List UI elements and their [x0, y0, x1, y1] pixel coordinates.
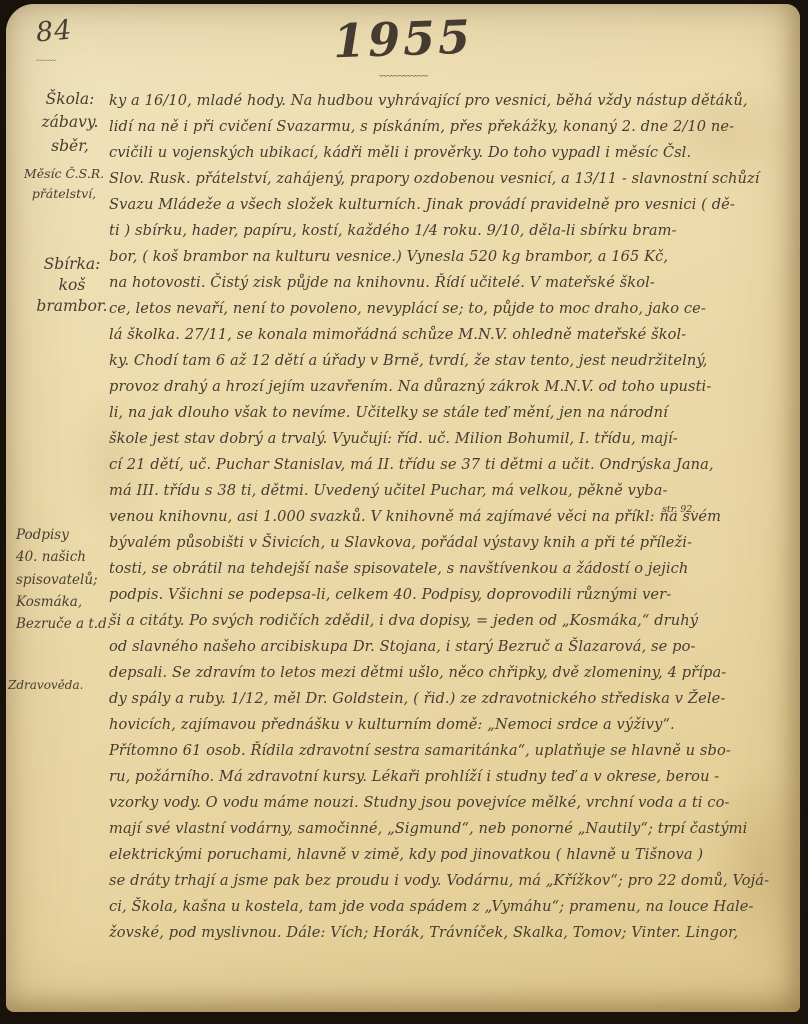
handwritten-body-text: ky a 16/10, mladé hody. Na hudbou vyhráv… — [109, 88, 805, 946]
handwritten-line: cvičili u vojenských ubikací, kádři měli… — [109, 140, 805, 166]
handwritten-line: ci, Škola, kašna u kostela, tam jde voda… — [109, 894, 805, 920]
handwritten-line: elektrickými poruchami, hlavně v zimě, k… — [109, 842, 805, 868]
handwritten-line: dy spály a ruby. 1/12, měl Dr. Goldstein… — [109, 686, 805, 712]
handwritten-line: ky a 16/10, mladé hody. Na hudbou vyhráv… — [109, 88, 805, 114]
margin-note-podpisy: Podpisy 40. našich spisovatelů; Kosmáka,… — [16, 524, 120, 635]
margin-note-sbirka: Sbírka: koš brambor. — [22, 254, 122, 317]
handwritten-line: má III. třídu s 38 ti, dětmi. Uvedený uč… — [109, 478, 805, 504]
handwritten-line: podpis. Všichni se podepsa-li, celkem 40… — [109, 582, 805, 608]
handwritten-line: lá školka. 27/11, se konala mimořádná sc… — [109, 322, 805, 348]
handwritten-line: ti ) sbírku, hader, papíru, kostí, každé… — [109, 218, 805, 244]
handwritten-line: provoz drahý a hrozí jejím uzavřením. Na… — [109, 374, 805, 400]
margin-note-mesic-csr: Měsíc Č.S.R. přátelství, — [8, 164, 120, 204]
handwritten-line: depsali. Se zdravím to letos mezi dětmi … — [109, 660, 805, 686]
year-underline-squiggle: ﹏﹏﹏﹏ — [379, 60, 427, 79]
handwritten-line: Svazu Mládeže a všech složek kulturních.… — [109, 192, 805, 218]
paper-sheet: 84 ﹏﹏ 1955 ﹏﹏﹏﹏ Škola: zábavy. sběr, Měs… — [6, 4, 800, 1012]
handwritten-line: tosti, se obrátil na tehdejší naše spiso… — [109, 556, 805, 582]
margin-note-skola: Škola: zábavy. sběr, — [20, 88, 120, 158]
handwritten-line: li, na jak dlouho však to nevíme. Učitel… — [109, 400, 805, 426]
handwritten-line: hovicích, zajímavou přednášku v kulturní… — [109, 712, 805, 738]
handwritten-line: bor, ( koš brambor na kulturu vesnice.) … — [109, 244, 805, 270]
handwritten-line: mají své vlastní vodárny, samočinné, „Si… — [109, 816, 805, 842]
handwritten-line: vzorky vody. O vodu máme nouzi. Studny j… — [109, 790, 805, 816]
chronicle-page-scan: { "page": { "number": "84", "year_headin… — [0, 0, 808, 1024]
handwritten-line: od slavného našeho arcibiskupa Dr. Stoja… — [109, 634, 805, 660]
handwritten-line: Přítomno 61 osob. Řídila zdravotní sestr… — [109, 738, 805, 764]
handwritten-line: ce, letos nevaří, není to povoleno, nevy… — [109, 296, 805, 322]
margin-note-zdravoveda: Zdravověda. — [8, 676, 112, 694]
handwritten-line: ši a citáty. Po svých rodičích zdědil, i… — [109, 608, 805, 634]
handwritten-line: na hotovosti. Čistý zisk půjde na knihov… — [109, 270, 805, 296]
handwritten-line: lidí na ně i při cvičení Svazarmu, s pís… — [109, 114, 805, 140]
handwritten-line: se dráty trhají a jsme pak bez proudu i … — [109, 868, 805, 894]
handwritten-line: ky. Chodí tam 6 až 12 dětí a úřady v Brn… — [109, 348, 805, 374]
handwritten-line: cí 21 dětí, uč. Puchar Stanislav, má II.… — [109, 452, 805, 478]
handwritten-line: škole jest stav dobrý a trvalý. Vyučují:… — [109, 426, 805, 452]
handwritten-line: ru, požárního. Má zdravotní kursy. Lékař… — [109, 764, 805, 790]
handwritten-line: Slov. Rusk. přátelství, zahájený, prapor… — [109, 166, 805, 192]
handwritten-line: venou knihovnu, asi 1.000 svazků. V knih… — [109, 504, 805, 530]
handwritten-line: žovské, pod myslivnou. Dále: Vích; Horák… — [109, 920, 805, 946]
handwritten-line: bývalém působišti v Šivicích, u Slavkova… — [109, 530, 805, 556]
